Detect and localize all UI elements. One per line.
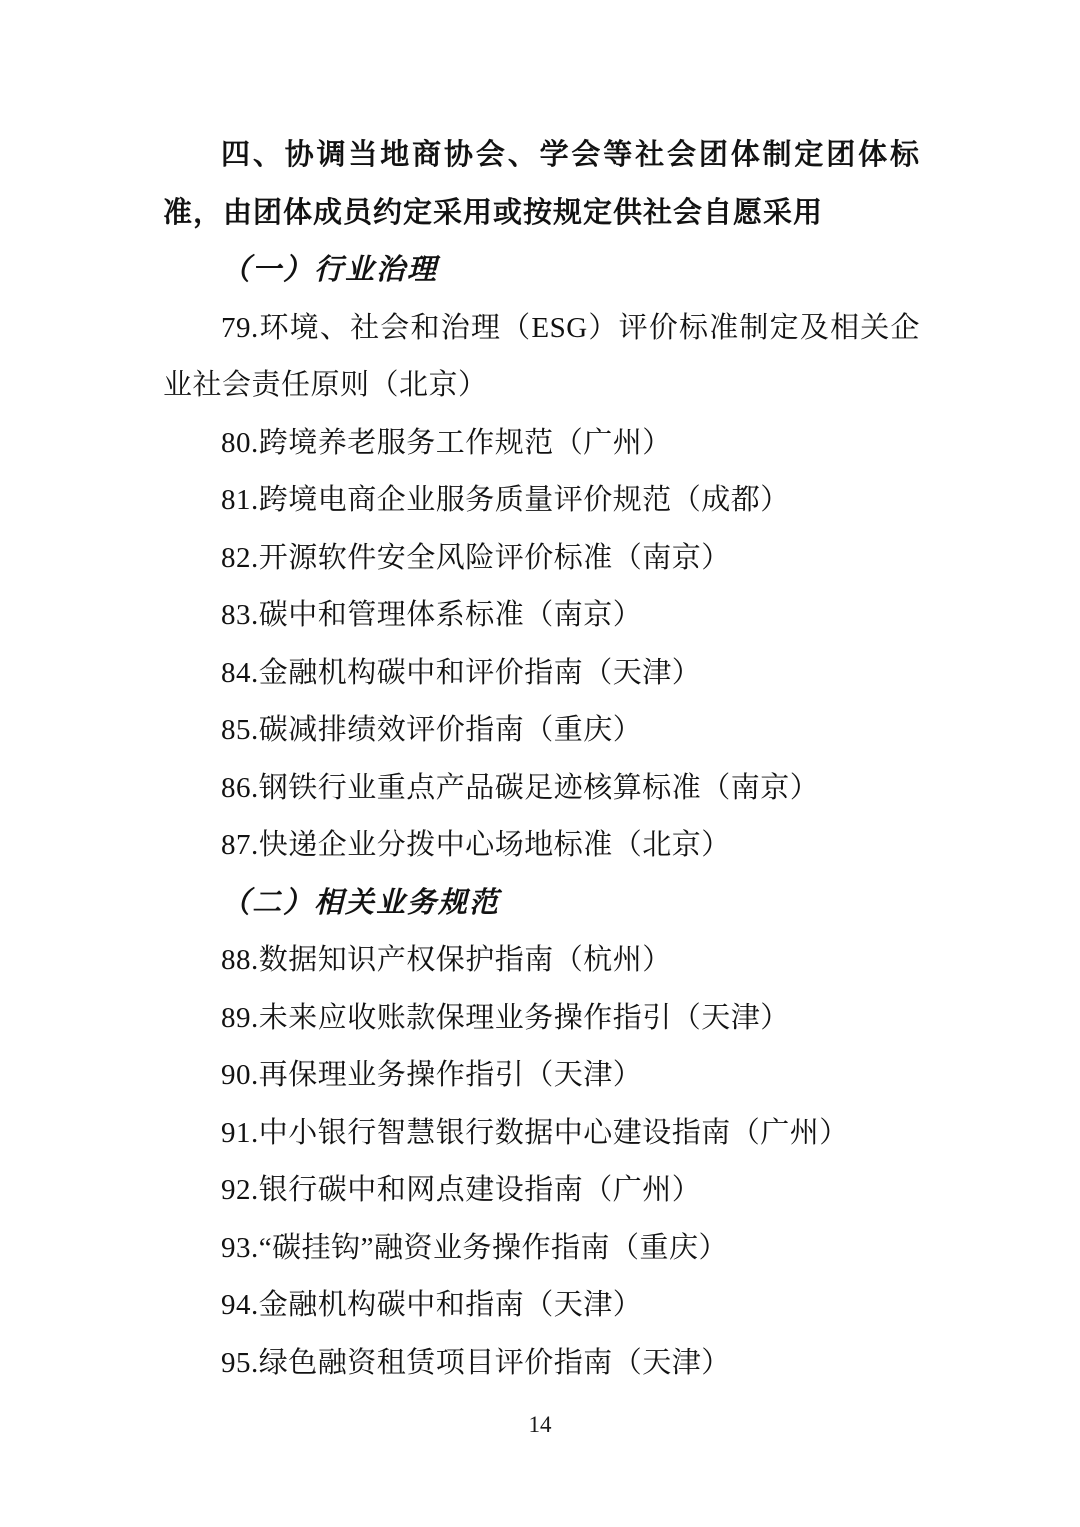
standard-item: 89.未来应收账款保理业务操作指引（天津） [163, 990, 920, 1048]
standard-item: 90.再保理业务操作指引（天津） [163, 1047, 920, 1105]
standard-item: 80.跨境养老服务工作规范（广州） [163, 415, 920, 473]
section-title: （二）相关业务规范 [163, 875, 920, 933]
standard-item: 95.绿色融资租赁项目评价指南（天津） [163, 1335, 920, 1393]
standard-item: 92.银行碳中和网点建设指南（广州） [163, 1162, 920, 1220]
chapter-heading: 四、协调当地商协会、学会等社会团体制定团体标准，由团体成员约定采用或按规定供社会… [163, 127, 920, 242]
standard-item: 79.环境、社会和治理（ESG）评价标准制定及相关企业社会责任原则（北京） [163, 300, 920, 415]
document-page: 四、协调当地商协会、学会等社会团体制定团体标准，由团体成员约定采用或按规定供社会… [0, 0, 1080, 1527]
standard-item: 94.金融机构碳中和指南（天津） [163, 1277, 920, 1335]
standard-item: 81.跨境电商企业服务质量评价规范（成都） [163, 472, 920, 530]
standard-item: 93.“碳挂钩”融资业务操作指南（重庆） [163, 1220, 920, 1278]
standard-item: 91.中小银行智慧银行数据中心建设指南（广州） [163, 1105, 920, 1163]
standard-item: 87.快递企业分拨中心场地标准（北京） [163, 817, 920, 875]
standard-item: 88.数据知识产权保护指南（杭州） [163, 932, 920, 990]
document-body: 四、协调当地商协会、学会等社会团体制定团体标准，由团体成员约定采用或按规定供社会… [163, 127, 920, 1392]
standard-item: 84.金融机构碳中和评价指南（天津） [163, 645, 920, 703]
standard-item: 85.碳减排绩效评价指南（重庆） [163, 702, 920, 760]
section-title: （一）行业治理 [163, 242, 920, 300]
standard-item: 86.钢铁行业重点产品碳足迹核算标准（南京） [163, 760, 920, 818]
page-number: 14 [0, 1408, 1080, 1442]
standard-item: 82.开源软件安全风险评价标准（南京） [163, 530, 920, 588]
standard-item: 83.碳中和管理体系标准（南京） [163, 587, 920, 645]
